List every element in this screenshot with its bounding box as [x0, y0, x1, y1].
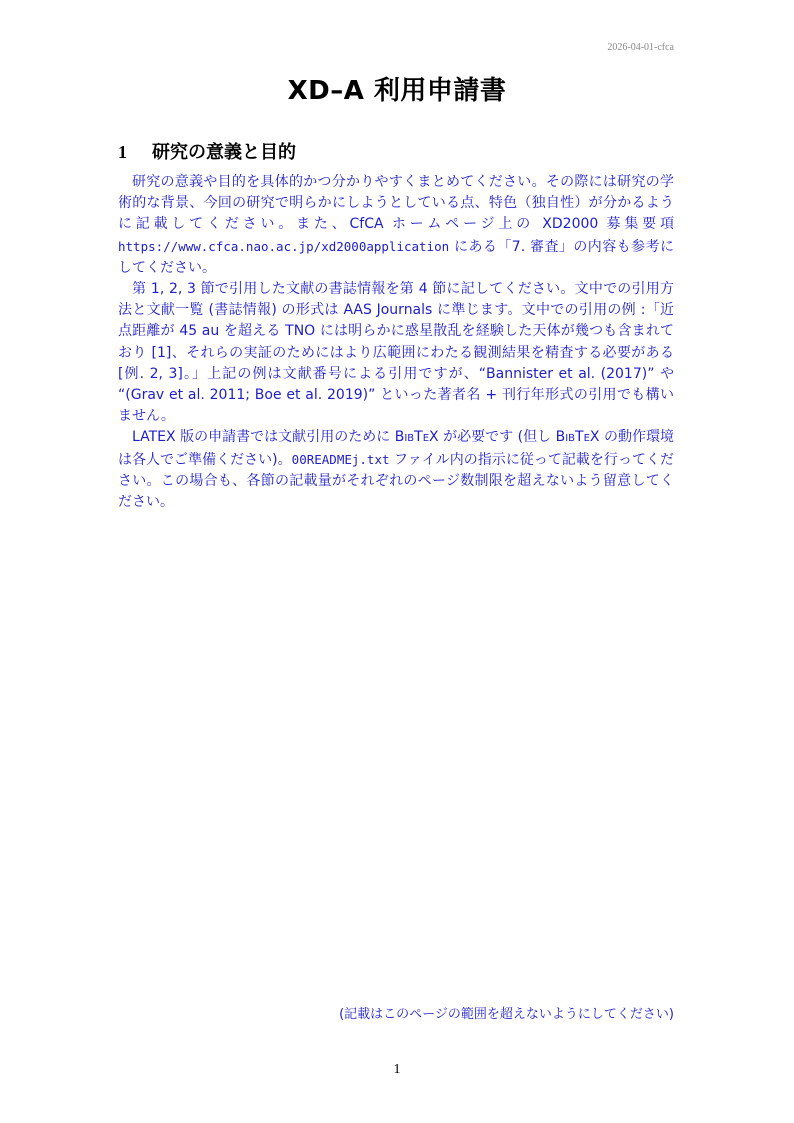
document-stamp: 2026-04-01-cfca	[607, 42, 674, 53]
bibtex-label: BibTeX	[556, 429, 600, 445]
application-url[interactable]: https://www.cfca.nao.ac.jp/xd2000applica…	[118, 239, 449, 254]
page-number: 1	[0, 1062, 794, 1078]
paragraph-purpose: 研究の意義や目的を具体的かつ分かりやすくまとめてください。その際には研究の学術的…	[118, 172, 674, 279]
section-title: 研究の意義と目的	[152, 142, 296, 163]
readme-filename: 00READMEj.txt	[292, 452, 390, 467]
paragraph-text: 研究の意義や目的を具体的かつ分かりやすくまとめてください。その際には研究の学術的…	[118, 174, 674, 232]
section-heading: 1研究の意義と目的	[118, 138, 296, 164]
instruction-text: 研究の意義や目的を具体的かつ分かりやすくまとめてください。その際には研究の学術的…	[118, 172, 674, 513]
page-title: XD–A 利用申請書	[0, 70, 794, 107]
section-number: 1	[118, 142, 152, 163]
page-limit-note: (記載はこのページの範囲を超えないようにしてください)	[339, 1003, 674, 1022]
paragraph-text: が必要です (但し	[439, 429, 556, 445]
paragraph-bibtex: LATEX 版の申請書では文献引用のために BibTeX が必要です (但し B…	[118, 427, 674, 513]
paragraph-text: LATEX 版の申請書では文献引用のために	[132, 429, 395, 445]
paragraph-citations: 第 1, 2, 3 節で引用した文献の書誌情報を第 4 節に記してください。文中…	[118, 279, 674, 427]
bibtex-label: BibTeX	[395, 429, 439, 445]
